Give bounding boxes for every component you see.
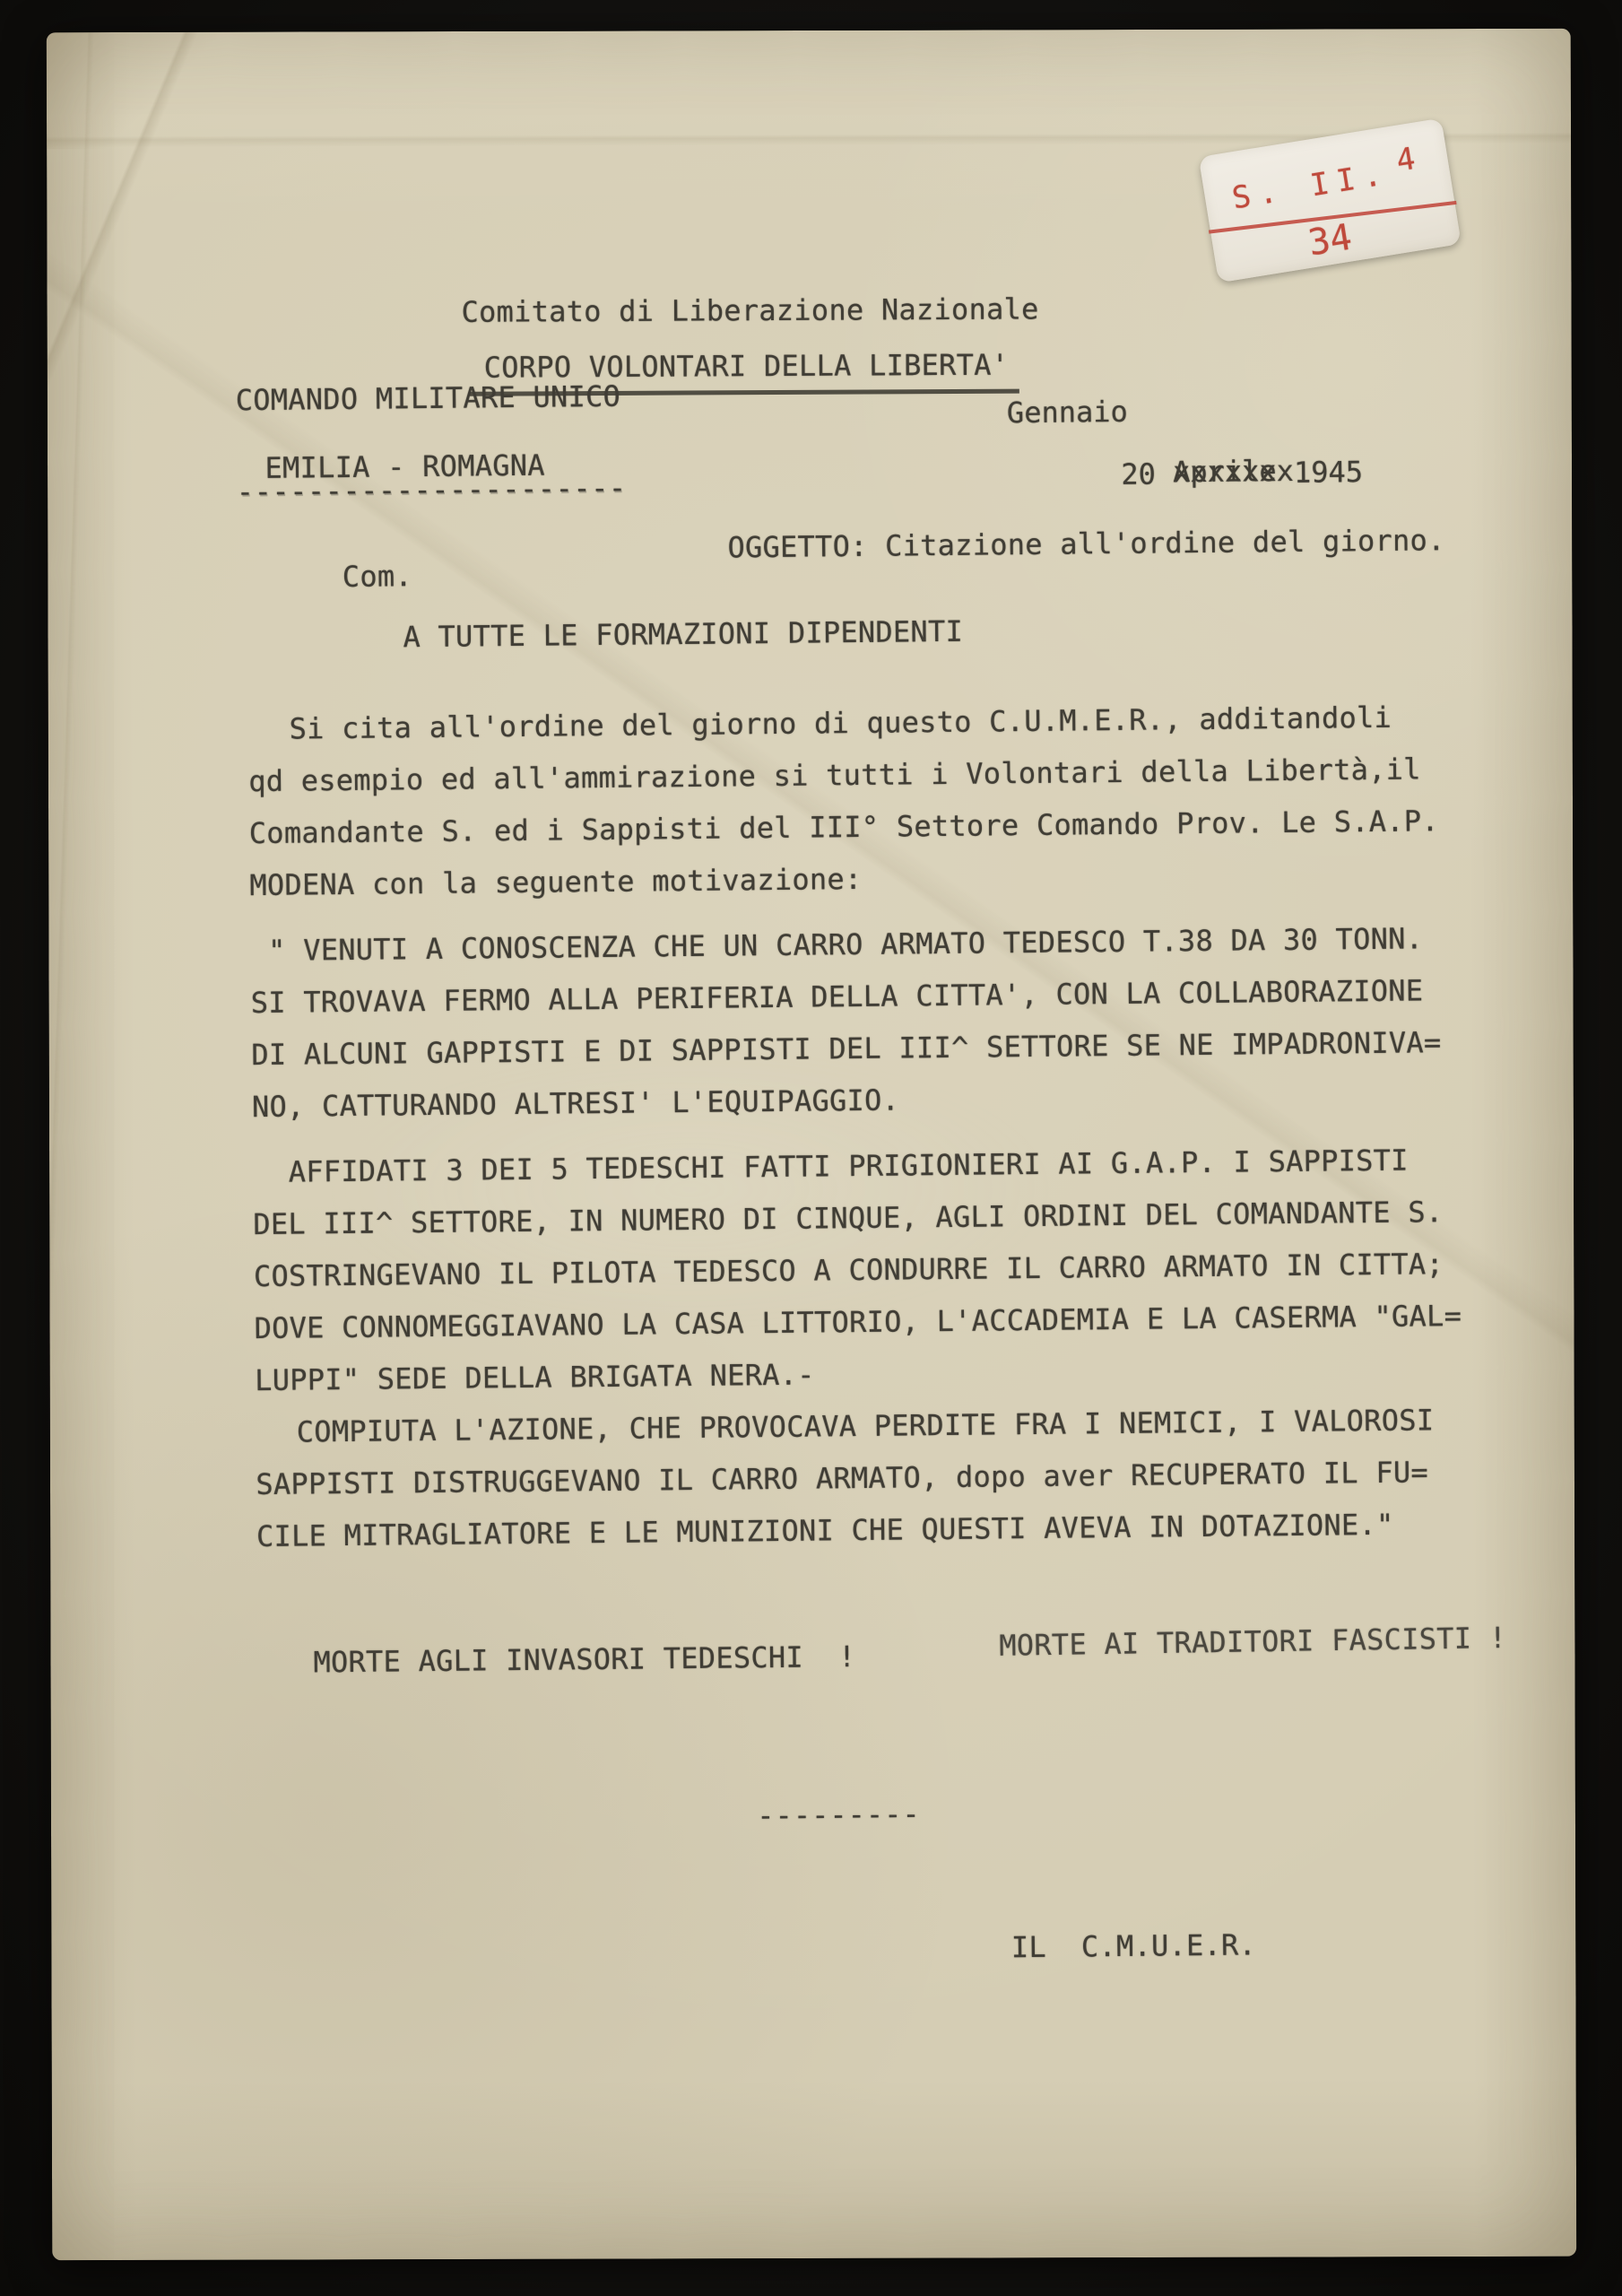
date-year: 1945 (1294, 455, 1363, 490)
subject-line: OGGETTO: Citazione all'ordine del giorno… (727, 522, 1445, 565)
date-overstrike: Aprilexxxxxxx (1173, 454, 1294, 491)
paragraph-quote-3: COMPIUTA L'AZIONE, CHE PROVOCAVA PERDITE… (255, 1393, 1566, 1562)
date-strike-xs: xxxxxxx (1173, 454, 1294, 489)
paragraph-quote-1: " VENUTI A CONOSCENZA CHE UN CARRO ARMAT… (250, 911, 1561, 1133)
slogan-left: MORTE AGLI INVASORI TEDESCHI ! (313, 1639, 855, 1680)
paragraph-citation: Si cita all'ordine del giorno di questo … (247, 690, 1558, 911)
signature-line: IL C.M.U.E.R. (1011, 1926, 1257, 1965)
photo-background: S. II. 4 34 Comitato di Liberazione Nazi… (0, 0, 1622, 2296)
paragraph-quote-2: AFFIDATI 3 DEI 5 TEDESCHI FATTI PRIGIONI… (252, 1133, 1564, 1406)
sender-ref: Com. (343, 558, 412, 595)
date-line: 20 Aprilexxxxxxx1945 (948, 419, 1364, 527)
end-separator: --------- (757, 1796, 921, 1833)
salutation-line: A TUTTE LE FORMAZIONI DIPENDENTI (403, 613, 963, 656)
typed-content: COMANDO MILITARE UNICO EMILIA - ROMAGNA … (43, 19, 1591, 2263)
slogan-right: MORTE AI TRADITORI FASCISTI ! (999, 1620, 1507, 1664)
document-paper: S. II. 4 34 Comitato di Liberazione Nazi… (47, 29, 1576, 2260)
sender-underline: ---------------------- (237, 470, 627, 510)
sender-command: COMANDO MILITARE UNICO (236, 378, 621, 418)
date-day: 20 (1121, 457, 1173, 491)
letter-body: Si cita all'ordine del giorno di questo … (247, 690, 1566, 1562)
